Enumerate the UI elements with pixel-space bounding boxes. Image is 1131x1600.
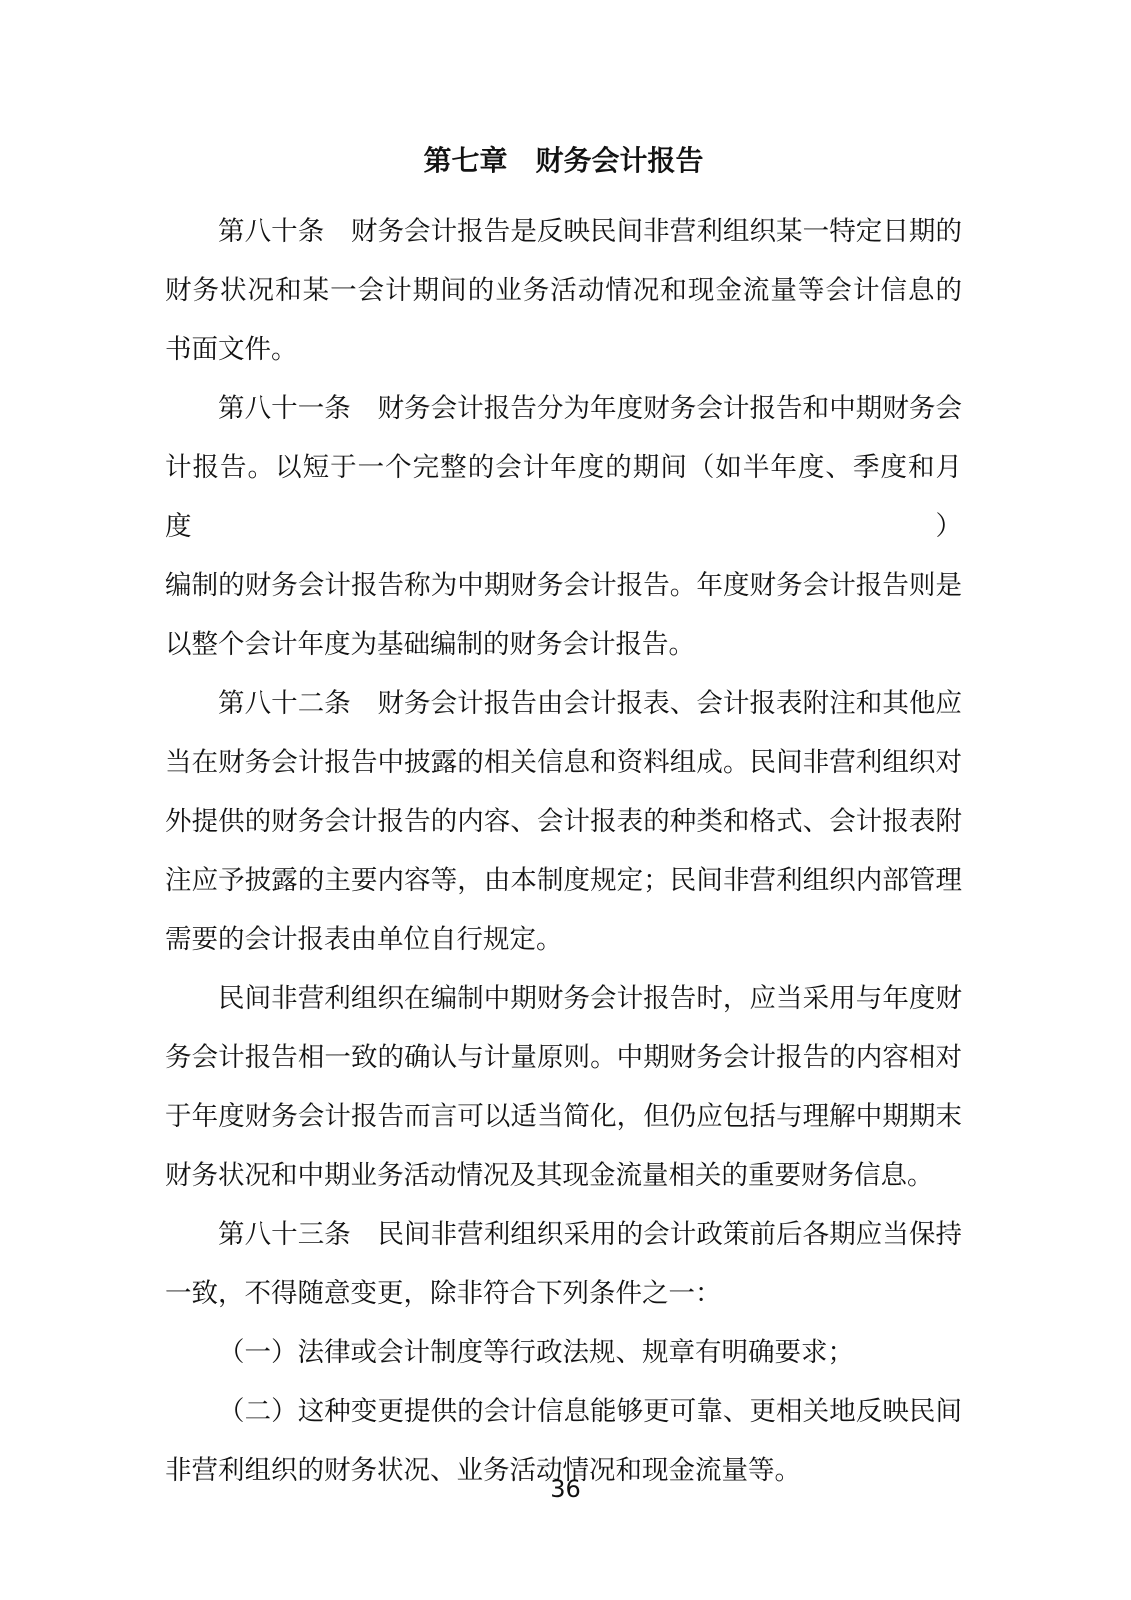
text-line: 需要的会计报表由单位自行规定。 bbox=[165, 910, 962, 969]
text-line: 第八十一条 财务会计报告分为年度财务会计报告和中期财务会 bbox=[165, 379, 962, 438]
text-line: 当在财务会计报告中披露的相关信息和资料组成。民间非营利组织对 bbox=[165, 733, 962, 792]
text-line: 外提供的财务会计报告的内容、会计报表的种类和格式、会计报表附 bbox=[165, 792, 962, 851]
page-number: 36 bbox=[0, 1474, 1131, 1504]
paragraph: 第八十三条 民间非营利组织采用的会计政策前后各期应当保持 一致，不得随意变更，除… bbox=[165, 1205, 962, 1323]
text-line: 第八十条 财务会计报告是反映民间非营利组织某一特定日期的 bbox=[165, 202, 962, 261]
text-line: 注应予披露的主要内容等，由本制度规定；民间非营利组织内部管理 bbox=[165, 851, 962, 910]
text-line: 以整个会计年度为基础编制的财务会计报告。 bbox=[165, 615, 962, 674]
paragraph: 第八十一条 财务会计报告分为年度财务会计报告和中期财务会 计报告。以短于一个完整… bbox=[165, 379, 962, 674]
text-line: 财务状况和中期业务活动情况及其现金流量相关的重要财务信息。 bbox=[165, 1146, 962, 1205]
text-line: 第八十三条 民间非营利组织采用的会计政策前后各期应当保持 bbox=[165, 1205, 962, 1264]
text-line: 一致，不得随意变更，除非符合下列条件之一： bbox=[165, 1264, 962, 1323]
text-line: （一）法律或会计制度等行政法规、规章有明确要求； bbox=[165, 1323, 962, 1382]
text-line: 书面文件。 bbox=[165, 320, 962, 379]
page-content: 第七章 财务会计报告 第八十条 财务会计报告是反映民间非营利组织某一特定日期的 … bbox=[0, 0, 1131, 1500]
text-line: 务会计报告相一致的确认与计量原则。中期财务会计报告的内容相对 bbox=[165, 1028, 962, 1087]
text-line: 第八十二条 财务会计报告由会计报表、会计报表附注和其他应 bbox=[165, 674, 962, 733]
text-line: 于年度财务会计报告而言可以适当简化，但仍应包括与理解中期期末 bbox=[165, 1087, 962, 1146]
document-page: { "page": { "background_color": "#ffffff… bbox=[0, 0, 1131, 1600]
text-line: 编制的财务会计报告称为中期财务会计报告。年度财务会计报告则是 bbox=[165, 556, 962, 615]
text-line: （二）这种变更提供的会计信息能够更可靠、更相关地反映民间 bbox=[165, 1382, 962, 1441]
paragraph: 第八十二条 财务会计报告由会计报表、会计报表附注和其他应 当在财务会计报告中披露… bbox=[165, 674, 962, 969]
text-line: 财务状况和某一会计期间的业务活动情况和现金流量等会计信息的 bbox=[165, 261, 962, 320]
text-line: 计报告。以短于一个完整的会计年度的期间（如半年度、季度和月度） bbox=[165, 438, 962, 556]
text-line: 民间非营利组织在编制中期财务会计报告时，应当采用与年度财 bbox=[165, 969, 962, 1028]
chapter-title: 第七章 财务会计报告 bbox=[165, 132, 962, 191]
paragraph: 第八十条 财务会计报告是反映民间非营利组织某一特定日期的 财务状况和某一会计期间… bbox=[165, 202, 962, 379]
paragraph: 民间非营利组织在编制中期财务会计报告时，应当采用与年度财 务会计报告相一致的确认… bbox=[165, 969, 962, 1205]
paragraph: （一）法律或会计制度等行政法规、规章有明确要求； bbox=[165, 1323, 962, 1382]
